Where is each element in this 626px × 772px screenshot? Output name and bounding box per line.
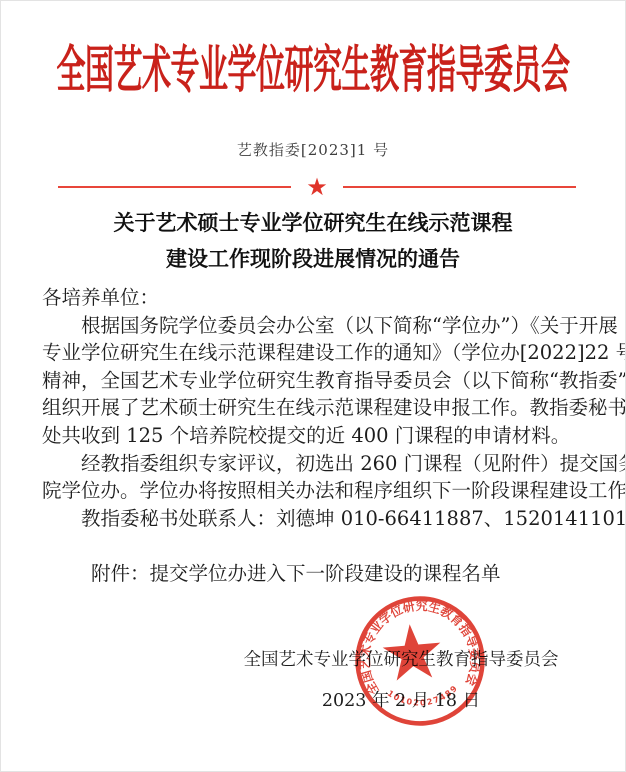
masthead-title: 全国艺术专业学位研究生教育指导委员会 bbox=[56, 43, 569, 96]
body-line: 根据国务院学位委员会办公室（以下简称“学位办”）《关于开展 bbox=[42, 312, 587, 340]
document-title-line-1: 关于艺术硕士专业学位研究生在线示范课程 bbox=[1, 205, 625, 241]
attachment-line: 附件：提交学位办进入下一阶段建设的课程名单 bbox=[91, 558, 501, 586]
official-seal: 全国艺术专业学位研究生教育指导委员会 1101020274892 bbox=[346, 587, 493, 734]
body-text: 各培养单位： 根据国务院学位委员会办公室（以下简称“学位办”）《关于开展 专业学… bbox=[42, 284, 587, 532]
doc-number: 艺教指委[2023]1 号 bbox=[1, 139, 625, 160]
divider-rule-left bbox=[58, 186, 291, 189]
body-line: 组织开展了艺术硕士研究生在线示范课程建设申报工作。教指委秘书 bbox=[42, 394, 587, 422]
star-icon: ★ bbox=[306, 175, 328, 199]
star-divider: ★ bbox=[58, 175, 576, 199]
masthead: 全国艺术专业学位研究生教育指导委员会 bbox=[1, 43, 625, 78]
document-page: 全国艺术专业学位研究生教育指导委员会 艺教指委[2023]1 号 ★ 关于艺术硕… bbox=[0, 0, 626, 772]
body-line: 处共收到 125 个培养院校提交的近 400 门课程的申请材料。 bbox=[42, 422, 587, 450]
body-line: 院学位办。学位办将按照相关办法和程序组织下一阶段课程建设工作。 bbox=[42, 477, 587, 505]
body-line: 专业学位研究生在线示范课程建设工作的通知》（学位办[2022]22 号） bbox=[42, 339, 587, 367]
body-line: 教指委秘书处联系人：刘德坤 010-66411887、15201411011。 bbox=[42, 505, 587, 533]
body-line: 各培养单位： bbox=[42, 284, 587, 312]
divider-rule-right bbox=[343, 186, 576, 189]
seal-star-icon bbox=[381, 622, 443, 682]
document-title-line-2: 建设工作现阶段进展情况的通告 bbox=[1, 241, 625, 277]
body-line: 精神，全国艺术专业学位研究生教育指导委员会（以下简称“教指委”） bbox=[42, 367, 587, 395]
document-title: 关于艺术硕士专业学位研究生在线示范课程 建设工作现阶段进展情况的通告 bbox=[1, 205, 625, 277]
body-line: 经教指委组织专家评议，初选出 260 门课程（见附件）提交国务 bbox=[42, 450, 587, 478]
